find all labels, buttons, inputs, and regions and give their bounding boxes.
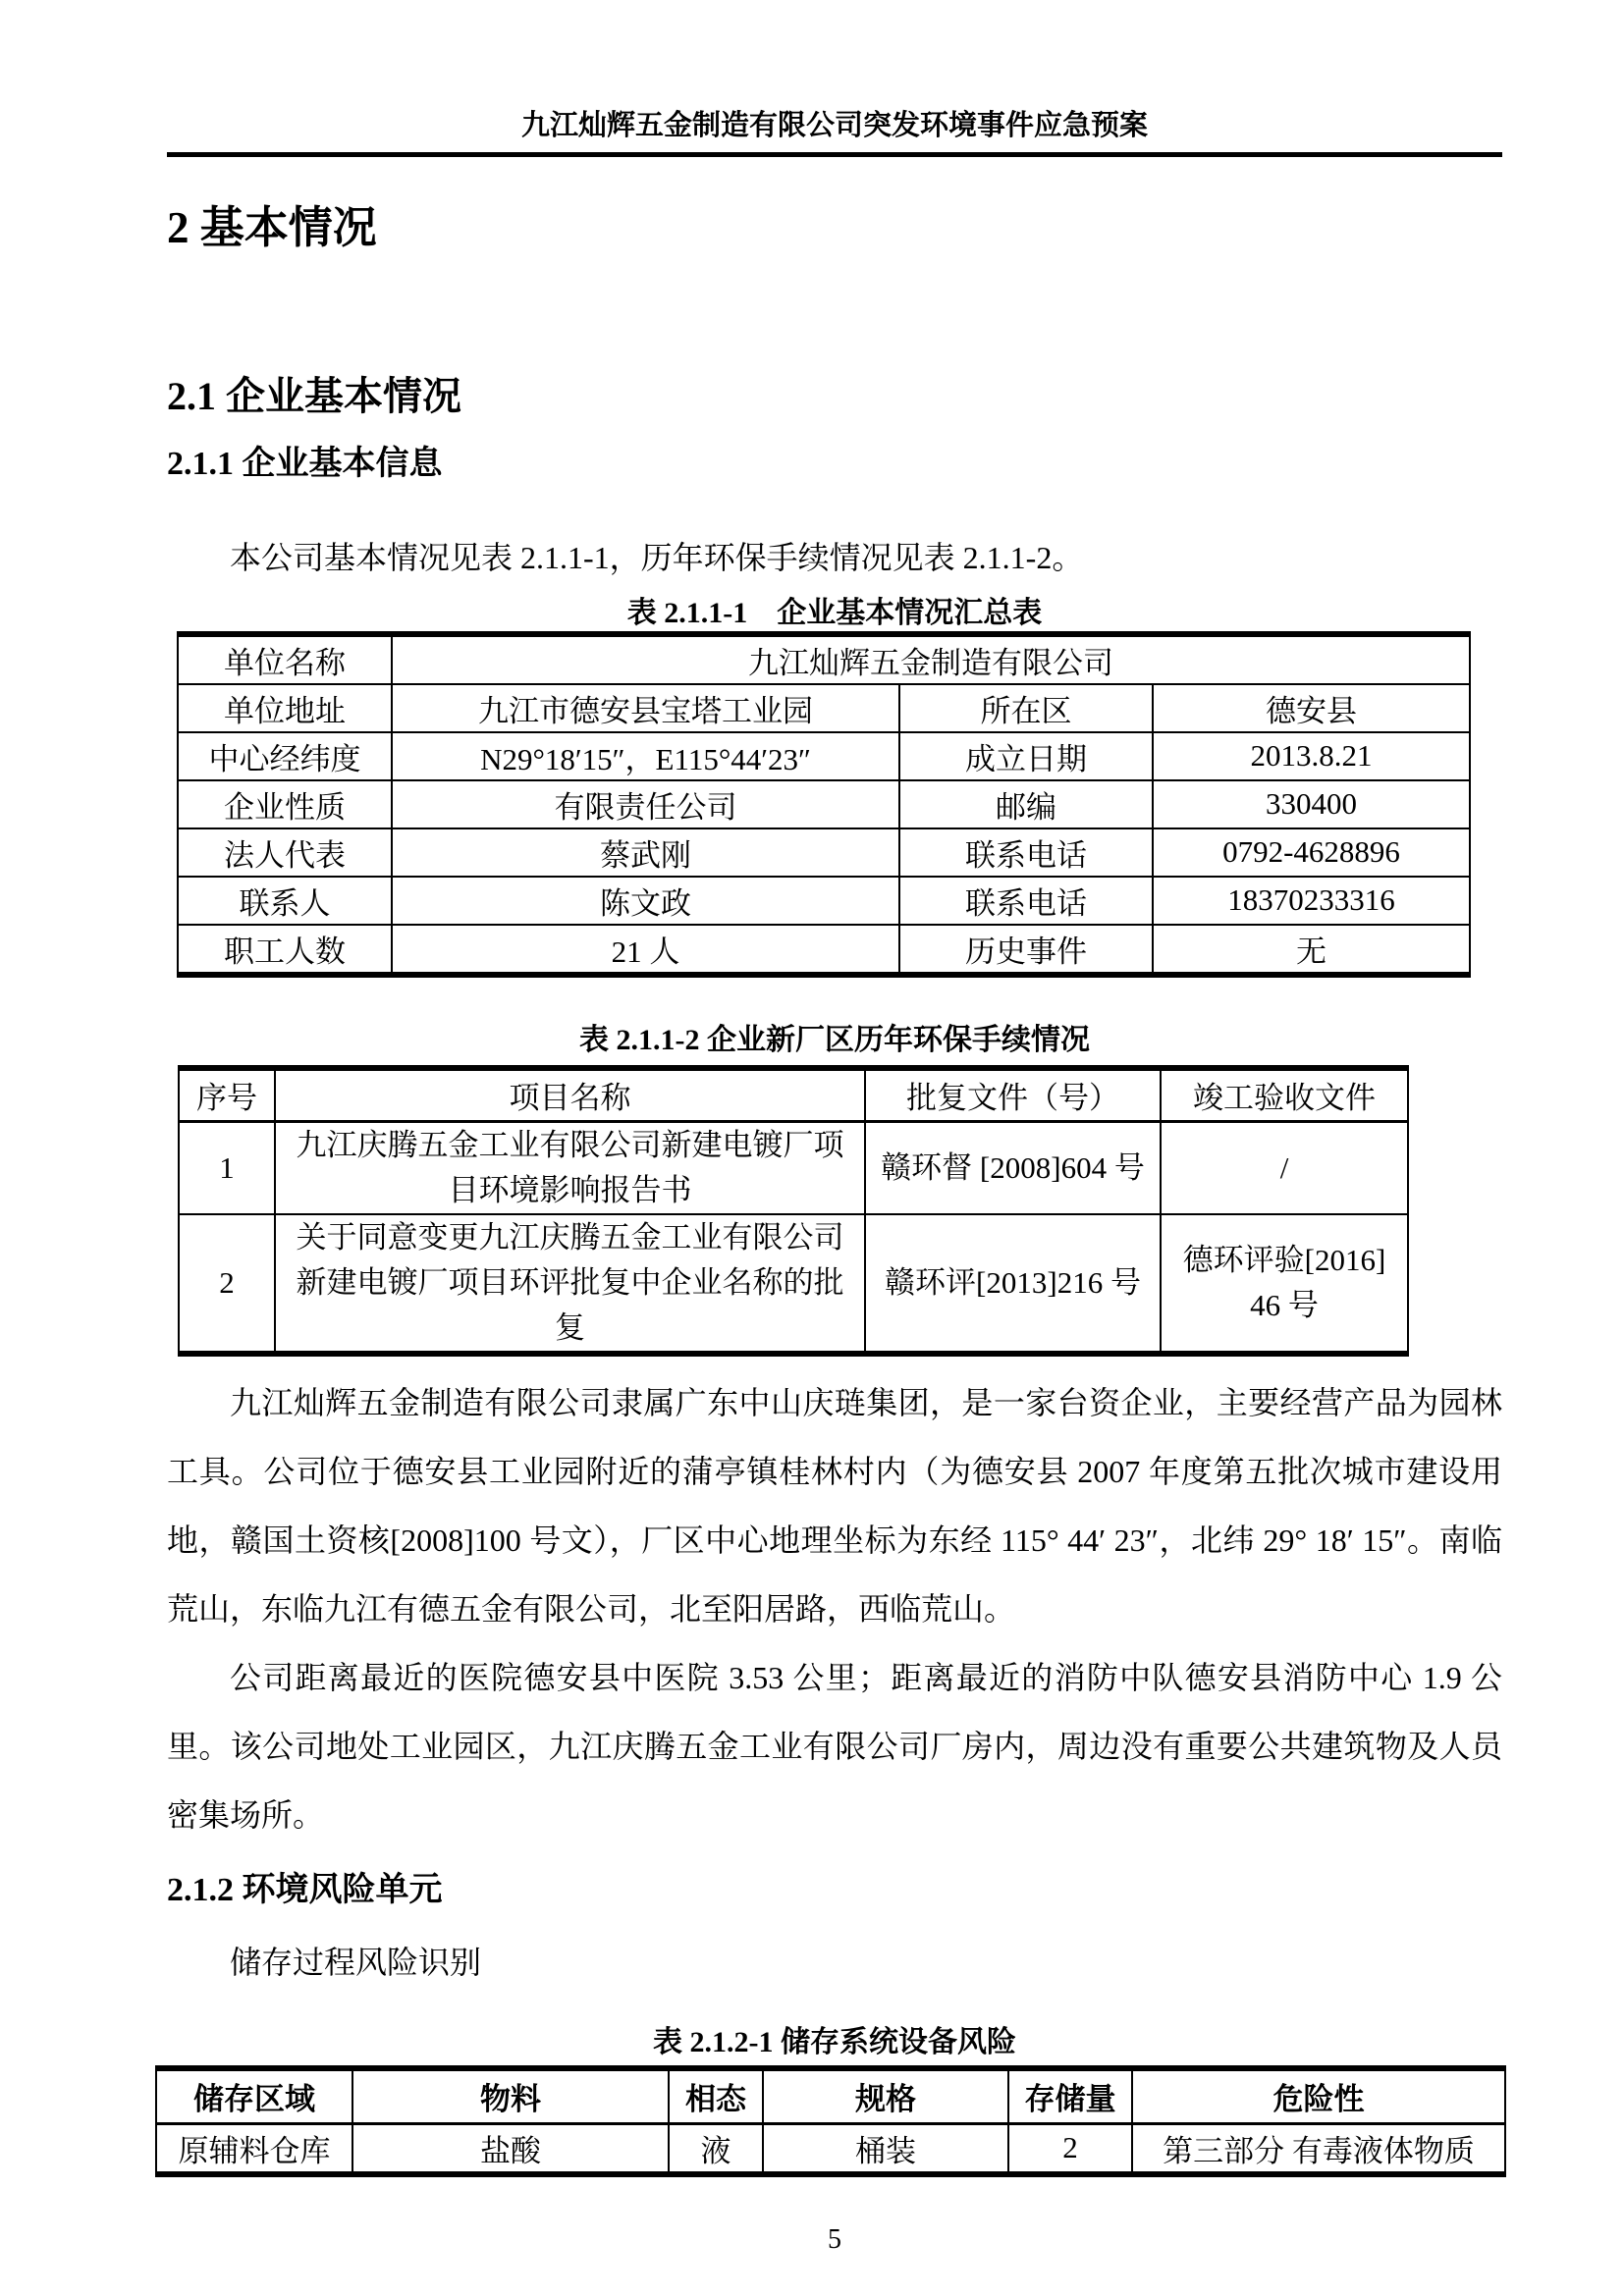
table-cell-label: 中心经纬度 (178, 732, 392, 780)
table1-caption: 表 2.1.1-1 企业基本情况汇总表 (167, 596, 1502, 631)
column-header: 项目名称 (275, 1068, 865, 1122)
table2-caption: 表 2.1.1-2 企业新厂区历年环保手续情况 (167, 1023, 1502, 1058)
table-cell-value: 有限责任公司 (392, 780, 899, 828)
table-cell-quantity: 2 (1008, 2123, 1132, 2174)
column-header: 存储量 (1008, 2068, 1132, 2124)
table-cell-label: 成立日期 (899, 732, 1153, 780)
subsection-heading-basic-info: 2.1.1 企业基本信息 (167, 445, 1502, 485)
table-row: 法人代表 蔡武刚 联系电话 0792-4628896 (178, 828, 1470, 877)
column-header: 批复文件（号） (865, 1068, 1161, 1122)
table-cell-phase: 液 (669, 2123, 763, 2174)
table-cell-label: 单位名称 (178, 634, 392, 684)
table-cell-value: 陈文政 (392, 877, 899, 925)
table-cell-label: 所在区 (899, 684, 1153, 732)
document-page: 九江灿辉五金制造有限公司突发环境事件应急预案 2 基本情况 2.1 企业基本情况… (0, 0, 1624, 2296)
table-cell-value: 330400 (1153, 780, 1470, 828)
page-number: 5 (167, 2224, 1502, 2256)
table-cell-acceptance: / (1161, 1121, 1408, 1214)
table-cell-acceptance: 德环评验[2016] 46 号 (1161, 1214, 1408, 1354)
table-cell-value: 21 人 (392, 925, 899, 975)
column-header: 相态 (669, 2068, 763, 2124)
table-cell-label: 联系人 (178, 877, 392, 925)
column-header: 竣工验收文件 (1161, 1068, 1408, 1122)
table-row: 1 九江庆腾五金工业有限公司新建电镀厂项目环境影响报告书 赣环督 [2008]6… (179, 1121, 1408, 1214)
table3-caption: 表 2.1.2-1 储存系统设备风险 (167, 2025, 1502, 2060)
table-row: 联系人 陈文政 联系电话 18370233316 (178, 877, 1470, 925)
table-cell-value: 0792-4628896 (1153, 828, 1470, 877)
table-cell-label: 职工人数 (178, 925, 392, 975)
table-cell-label: 邮编 (899, 780, 1153, 828)
table-cell-value: 九江灿辉五金制造有限公司 (392, 634, 1470, 684)
table-cell-material: 盐酸 (352, 2123, 669, 2174)
running-header-title: 九江灿辉五金制造有限公司突发环境事件应急预案 (167, 0, 1502, 157)
table-cell-value: 德安县 (1153, 684, 1470, 732)
column-header: 储存区域 (156, 2068, 352, 2124)
storage-risk-paragraph: 储存过程风险识别 (167, 1941, 1502, 1984)
table-cell-value: 2013.8.21 (1153, 732, 1470, 780)
table-cell-label: 单位地址 (178, 684, 392, 732)
table-row: 企业性质 有限责任公司 邮编 330400 (178, 780, 1470, 828)
table-cell-index: 1 (179, 1121, 275, 1214)
chapter-heading: 2 基本情况 (167, 203, 1502, 254)
table-cell-value: 九江市德安县宝塔工业园 (392, 684, 899, 732)
table-cell-value: 18370233316 (1153, 877, 1470, 925)
column-header: 物料 (352, 2068, 669, 2124)
section-heading-company-basics: 2.1 企业基本情况 (167, 374, 1502, 419)
table-row: 中心经纬度 N29°18′15″，E115°44′23″ 成立日期 2013.8… (178, 732, 1470, 780)
column-header: 序号 (179, 1068, 275, 1122)
environmental-approval-history-table: 序号 项目名称 批复文件（号） 竣工验收文件 1 九江庆腾五金工业有限公司新建电… (178, 1065, 1409, 1357)
table-row: 单位名称 九江灿辉五金制造有限公司 (178, 634, 1470, 684)
table-cell-value: N29°18′15″，E115°44′23″ (392, 732, 899, 780)
table-cell-label: 历史事件 (899, 925, 1153, 975)
table-cell-label: 法人代表 (178, 828, 392, 877)
column-header: 规格 (763, 2068, 1008, 2124)
table-row: 职工人数 21 人 历史事件 无 (178, 925, 1470, 975)
table-cell-spec: 桶装 (763, 2123, 1008, 2174)
company-profile-paragraph: 九江灿辉五金制造有限公司隶属广东中山庆琏集团，是一家台资企业，主要经营产品为园林… (167, 1368, 1502, 1643)
storage-system-risk-table: 储存区域 物料 相态 规格 存储量 危险性 原辅料仓库 盐酸 液 桶装 2 第三… (155, 2065, 1506, 2177)
table-cell-label: 联系电话 (899, 828, 1153, 877)
column-header: 危险性 (1132, 2068, 1505, 2124)
table-cell-label: 企业性质 (178, 780, 392, 828)
table-cell-approval: 赣环督 [2008]604 号 (865, 1121, 1161, 1214)
table-row: 原辅料仓库 盐酸 液 桶装 2 第三部分 有毒液体物质 (156, 2123, 1505, 2174)
table-cell-project: 九江庆腾五金工业有限公司新建电镀厂项目环境影响报告书 (275, 1121, 865, 1214)
table-cell-index: 2 (179, 1214, 275, 1354)
table-header-row: 储存区域 物料 相态 规格 存储量 危险性 (156, 2068, 1505, 2124)
table-header-row: 序号 项目名称 批复文件（号） 竣工验收文件 (179, 1068, 1408, 1122)
distance-info-paragraph: 公司距离最近的医院德安县中医院 3.53 公里；距离最近的消防中队德安县消防中心… (167, 1643, 1502, 1849)
table-cell-area: 原辅料仓库 (156, 2123, 352, 2174)
table-cell-value: 无 (1153, 925, 1470, 975)
table-cell-value: 蔡武刚 (392, 828, 899, 877)
intro-paragraph: 本公司基本情况见表 2.1.1-1，历年环保手续情况见表 2.1.1-2。 (167, 536, 1502, 579)
table-cell-project: 关于同意变更九江庆腾五金工业有限公司新建电镀厂项目环评批复中企业名称的批复 (275, 1214, 865, 1354)
table-cell-label: 联系电话 (899, 877, 1153, 925)
table-cell-hazard: 第三部分 有毒液体物质 (1132, 2123, 1505, 2174)
table-row: 2 关于同意变更九江庆腾五金工业有限公司新建电镀厂项目环评批复中企业名称的批复 … (179, 1214, 1408, 1354)
table-cell-approval: 赣环评[2013]216 号 (865, 1214, 1161, 1354)
table-row: 单位地址 九江市德安县宝塔工业园 所在区 德安县 (178, 684, 1470, 732)
company-basic-info-table: 单位名称 九江灿辉五金制造有限公司 单位地址 九江市德安县宝塔工业园 所在区 德… (177, 631, 1471, 978)
subsection-heading-risk-unit: 2.1.2 环境风险单元 (167, 1871, 1502, 1911)
